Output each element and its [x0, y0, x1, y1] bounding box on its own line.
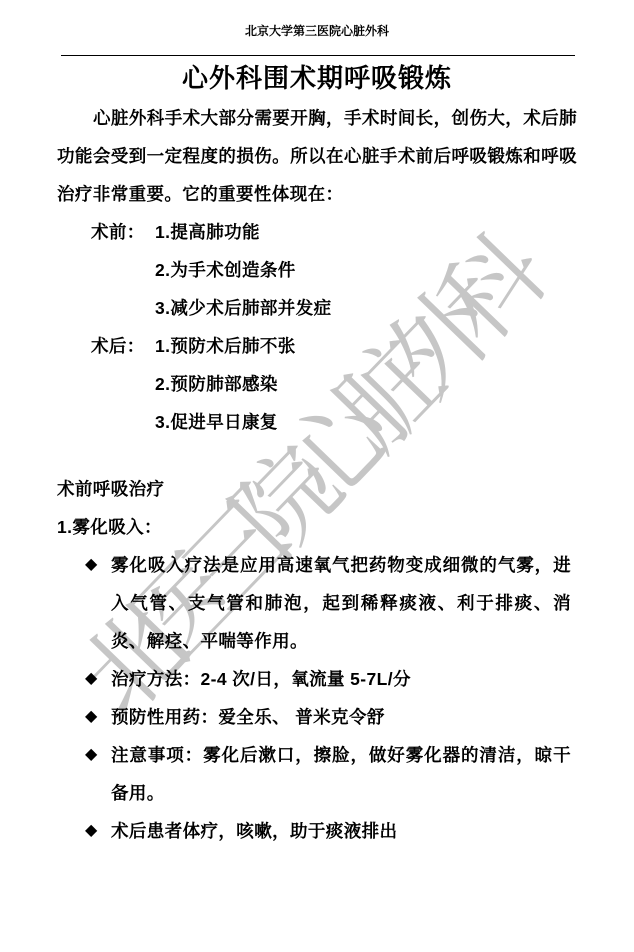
postop-label: 术后：	[91, 327, 155, 365]
bullet-item-2: ◆ 治疗方法：2-4 次/日，氧流量 5-7L/分	[57, 660, 577, 698]
diamond-bullet-icon: ◆	[85, 660, 111, 698]
document-content: 北京大学第三医院心脏外科 心外科围术期呼吸锻炼 心脏外科手术大部分需要开胸，手术…	[0, 0, 634, 850]
diamond-bullet-icon: ◆	[85, 546, 111, 584]
bullet-item-4: ◆ 注意事项：雾化后漱口，擦脸，做好雾化器的清洁，晾干备用。	[57, 736, 577, 812]
section-heading: 术前呼吸治疗	[57, 470, 577, 508]
preop-label: 术前：	[91, 213, 155, 251]
bullet-item-1: ◆ 雾化吸入疗法是应用高速氧气把药物变成细微的气雾，进入气管、支气管和肺泡，起到…	[57, 546, 577, 660]
postop-benefit-1: 1.预防术后肺不张	[155, 336, 296, 356]
document-page: 北医三院心脏外科 北京大学第三医院心脏外科 心外科围术期呼吸锻炼 心脏外科手术大…	[0, 0, 634, 952]
header-divider	[61, 55, 575, 56]
bullet-text-3: 预防性用药：爱全乐、 普米克令舒	[111, 698, 571, 736]
bullet-text-4: 注意事项：雾化后漱口，擦脸，做好雾化器的清洁，晾干备用。	[111, 736, 571, 812]
intro-paragraph: 心脏外科手术大部分需要开胸，手术时间长，创伤大，术后肺功能会受到一定程度的损伤。…	[57, 99, 577, 213]
bullet-item-3: ◆ 预防性用药：爱全乐、 普米克令舒	[57, 698, 577, 736]
section-subheading: 1.雾化吸入：	[57, 508, 577, 546]
postop-benefit-2: 2.预防肺部感染	[155, 374, 278, 394]
preop-benefit-3: 3.减少术后肺部并发症	[155, 298, 332, 318]
postop-benefit-row-3: 3.促进早日康复	[57, 403, 577, 441]
preop-benefit-row-3: 3.减少术后肺部并发症	[57, 289, 577, 327]
diamond-bullet-icon: ◆	[85, 736, 111, 774]
preop-benefit-1: 1.提高肺功能	[155, 222, 260, 242]
bullet-item-5: ◆ 术后患者体疗，咳嗽，助于痰液排出	[57, 812, 577, 850]
diamond-bullet-icon: ◆	[85, 812, 111, 850]
postop-benefit-row-2: 2.预防肺部感染	[57, 365, 577, 403]
page-title: 心外科围术期呼吸锻炼	[57, 58, 577, 98]
preop-benefit-row-1: 术前：1.提高肺功能	[57, 213, 577, 251]
preop-benefit-row-2: 2.为手术创造条件	[57, 251, 577, 289]
postop-benefit-3: 3.促进早日康复	[155, 412, 278, 432]
diamond-bullet-icon: ◆	[85, 698, 111, 736]
bullet-text-1: 雾化吸入疗法是应用高速氧气把药物变成细微的气雾，进入气管、支气管和肺泡，起到稀释…	[111, 546, 571, 660]
preop-benefit-2: 2.为手术创造条件	[155, 260, 296, 280]
bullet-text-5: 术后患者体疗，咳嗽，助于痰液排出	[111, 812, 571, 850]
page-header: 北京大学第三医院心脏外科	[57, 23, 577, 39]
postop-benefit-row-1: 术后：1.预防术后肺不张	[57, 327, 577, 365]
bullet-text-2: 治疗方法：2-4 次/日，氧流量 5-7L/分	[111, 660, 571, 698]
